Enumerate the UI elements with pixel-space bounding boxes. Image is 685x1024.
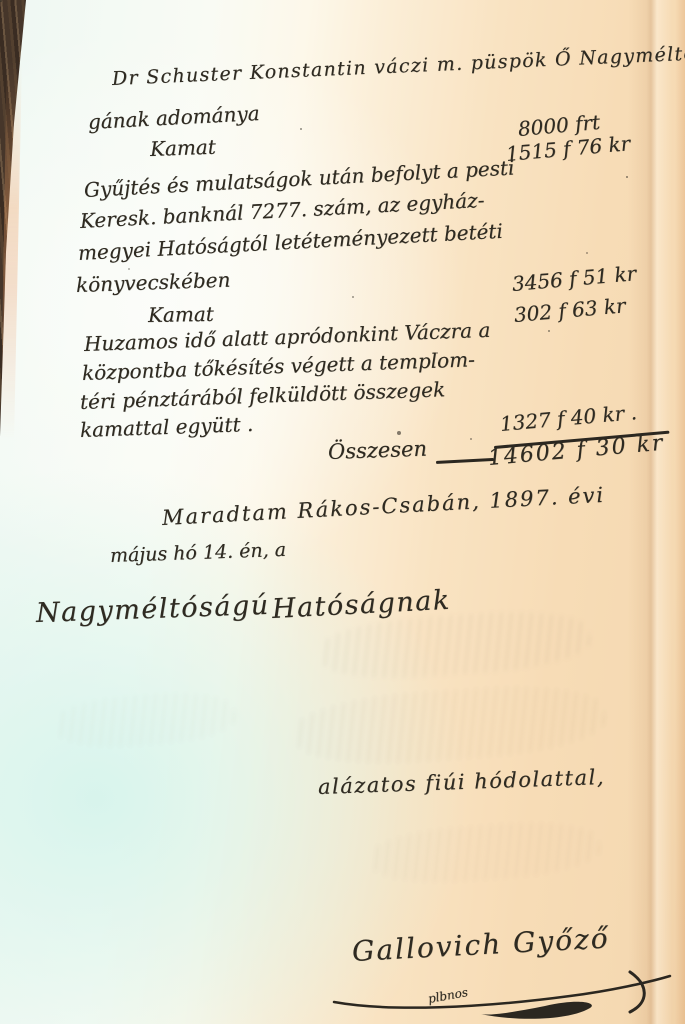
handwritten-line: gának adománya bbox=[87, 101, 260, 134]
amount: 1327 f 40 kr . bbox=[499, 400, 638, 436]
valediction: alázatos fiúi hódolattal, bbox=[318, 765, 606, 799]
amount: 302 f 63 kr bbox=[513, 293, 626, 327]
page-crease bbox=[628, 0, 672, 1024]
ink-specks bbox=[0, 0, 2, 2]
addressee: Nagyméltóságú bbox=[35, 590, 270, 629]
signature-name: Gallovich Győző bbox=[351, 922, 610, 968]
handwritten-line: könyvecskében bbox=[76, 268, 231, 297]
handwritten-line: kamattal együtt . bbox=[80, 412, 254, 442]
signature-flourish bbox=[330, 968, 675, 1024]
ink-bleedthrough bbox=[368, 817, 601, 888]
ink-bleedthrough bbox=[293, 679, 607, 770]
total-dash bbox=[436, 458, 494, 464]
page-right-edge bbox=[675, 0, 685, 1024]
handwritten-line: Kamat bbox=[148, 302, 214, 327]
amount: 3456 f 51 kr bbox=[511, 261, 637, 296]
document-photo: Dr Schuster Konstantin váczi m. püspök Ő… bbox=[0, 0, 685, 1024]
handwritten-line: Kamat bbox=[150, 135, 217, 161]
handwritten-line: május hó 14. én, a bbox=[110, 539, 287, 567]
ink-bleedthrough bbox=[53, 689, 236, 751]
total-label: Összesen bbox=[328, 437, 428, 464]
handwritten-line: Maradtam Rákos-Csabán, 1897. évi bbox=[161, 483, 605, 530]
handwritten-line: Dr Schuster Konstantin váczi m. püspök Ő… bbox=[112, 41, 685, 90]
